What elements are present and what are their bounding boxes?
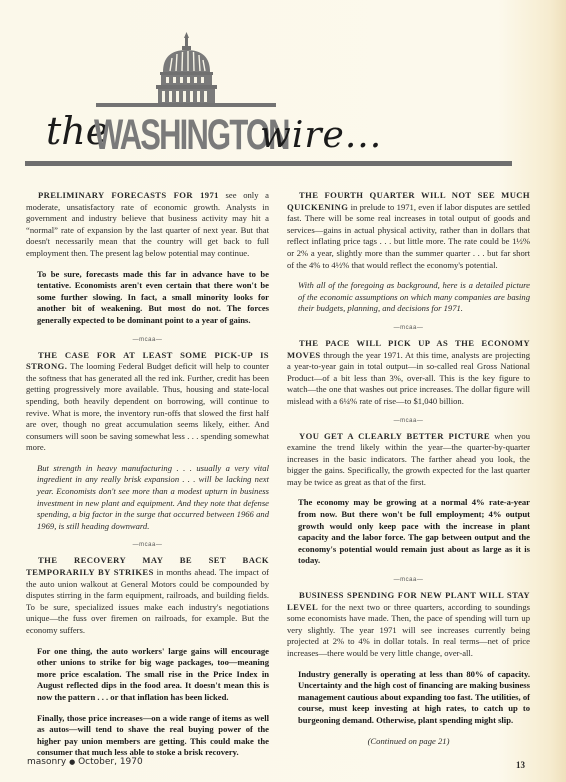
paragraph-preliminary-forecasts: PRELIMINARY FORECASTS FOR 1971 see only … xyxy=(26,190,269,260)
page-number: 13 xyxy=(516,760,525,770)
section-separator: —mcaa— xyxy=(287,324,530,332)
masthead: the WASHINGTON wire... xyxy=(0,0,566,175)
bold-note: Finally, those price increases—on a wide… xyxy=(37,713,269,759)
masthead-wire: wire... xyxy=(260,118,382,154)
lead-heading: PRELIMINARY FORECASTS FOR 1971 xyxy=(38,190,219,200)
paragraph-better-picture: YOU GET A CLEARLY BETTER PICTURE when yo… xyxy=(287,431,530,489)
paragraph-pace-pick-up: THE PACE WILL PICK UP AS THE ECONOMY MOV… xyxy=(287,338,530,408)
bold-note: For one thing, the auto workers' large g… xyxy=(37,646,269,704)
bold-note: To be sure, forecasts made this far in a… xyxy=(37,269,269,327)
right-column: THE FOURTH QUARTER WILL NOT SEE MUCH QUI… xyxy=(287,190,530,756)
masthead-rule xyxy=(25,161,512,166)
section-separator: —mcaa— xyxy=(287,417,530,425)
publication-name: masonry xyxy=(27,757,66,767)
lead-heading: YOU GET A CLEARLY BETTER PICTURE xyxy=(299,431,490,441)
paragraph-case-for-pickup: THE CASE FOR AT LEAST SOME PICK-UP IS ST… xyxy=(26,350,269,454)
section-separator: —mcaa— xyxy=(287,576,530,584)
paragraph-business-spending: BUSINESS SPENDING FOR NEW PLANT WILL STA… xyxy=(287,590,530,660)
bullet-icon: ● xyxy=(69,758,75,766)
bold-note: The economy may be growing at a normal 4… xyxy=(298,497,530,567)
paragraph-recovery-strikes: THE RECOVERY MAY BE SET BACK TEMPORARILY… xyxy=(26,555,269,636)
footer-publication: masonry ● October, 1970 xyxy=(27,757,143,767)
continued-link[interactable]: (Continued on page 21) xyxy=(287,736,530,748)
issue-date: October, 1970 xyxy=(78,757,143,767)
section-separator: —mcaa— xyxy=(26,336,269,344)
section-separator: —mcaa— xyxy=(26,541,269,549)
bold-note: Industry generally is operating at less … xyxy=(298,669,530,727)
left-column: PRELIMINARY FORECASTS FOR 1971 see only … xyxy=(26,190,269,768)
italic-note: But strength in heavy manufacturing . . … xyxy=(37,463,269,533)
paragraph-fourth-quarter: THE FOURTH QUARTER WILL NOT SEE MUCH QUI… xyxy=(287,190,530,271)
italic-note: With all of the foregoing as background,… xyxy=(298,280,530,315)
